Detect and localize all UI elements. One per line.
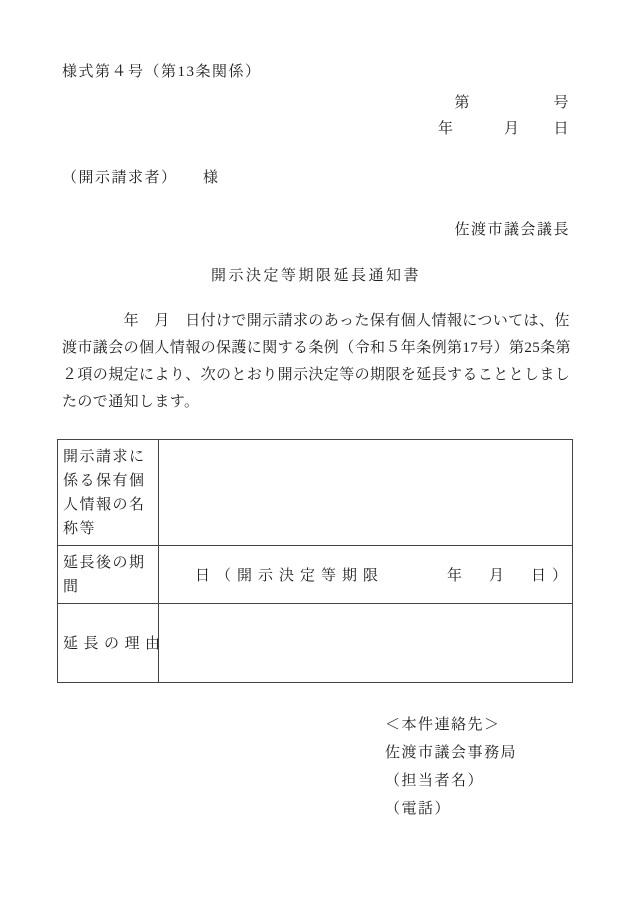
document-date-line: 年 月 日 [62, 116, 570, 142]
contact-office: 佐渡市議会事務局 [385, 739, 570, 767]
row-label-extended-period: 延長後の期間 [58, 546, 159, 604]
body-line-3: ２項の規定により、次のとおり開示決定等の期限を延長することとしまし [62, 362, 570, 389]
document-number-line: 第 号 [62, 90, 570, 116]
row-value-extension-reason [159, 604, 573, 683]
table-row-information-name: 開示請求に係る保有個人情報の名称等 [58, 440, 573, 546]
row-value-extended-period: 日（開示決定等期限 年 月 日） [159, 546, 573, 604]
document-page: 様式第４号（第13条関係） 第 号 年 月 日 （開示請求者） 様 佐渡市議会議… [0, 0, 630, 903]
form-table: 開示請求に係る保有個人情報の名称等 延長後の期間 日（開示決定等期限 年 月 日… [57, 439, 573, 683]
document-number-date-block: 第 号 年 月 日 [62, 90, 570, 142]
contact-person: （担当者名） [385, 767, 570, 795]
body-line-1: 年 月 日付けで開示請求のあった保有個人情報については、佐 [62, 308, 570, 335]
addressee-line: （開示請求者） 様 [62, 168, 570, 188]
contact-heading: ＜本件連絡先＞ [385, 711, 570, 739]
document-title: 開示決定等期限延長通知書 [62, 266, 570, 286]
contact-block: ＜本件連絡先＞ 佐渡市議会事務局 （担当者名） （電話） [385, 711, 570, 823]
table-row-extension-reason: 延長の理由 [58, 604, 573, 683]
body-line-2: 渡市議会の個人情報の保護に関する条例（令和５年条例第17号）第25条第 [62, 335, 570, 362]
row-label-information-name: 開示請求に係る保有個人情報の名称等 [58, 440, 159, 546]
document-content: 様式第４号（第13条関係） 第 号 年 月 日 （開示請求者） 様 佐渡市議会議… [62, 62, 570, 823]
row-value-information-name [159, 440, 573, 546]
row-label-extension-reason: 延長の理由 [58, 604, 159, 683]
contact-phone: （電話） [385, 795, 570, 823]
body-paragraph: 年 月 日付けで開示請求のあった保有個人情報については、佐 渡市議会の個人情報の… [62, 308, 570, 416]
sender-line: 佐渡市議会議長 [62, 220, 570, 240]
table-row-extended-period: 延長後の期間 日（開示決定等期限 年 月 日） [58, 546, 573, 604]
body-line-4: たので通知します。 [62, 389, 570, 416]
form-number-line: 様式第４号（第13条関係） [62, 62, 570, 82]
